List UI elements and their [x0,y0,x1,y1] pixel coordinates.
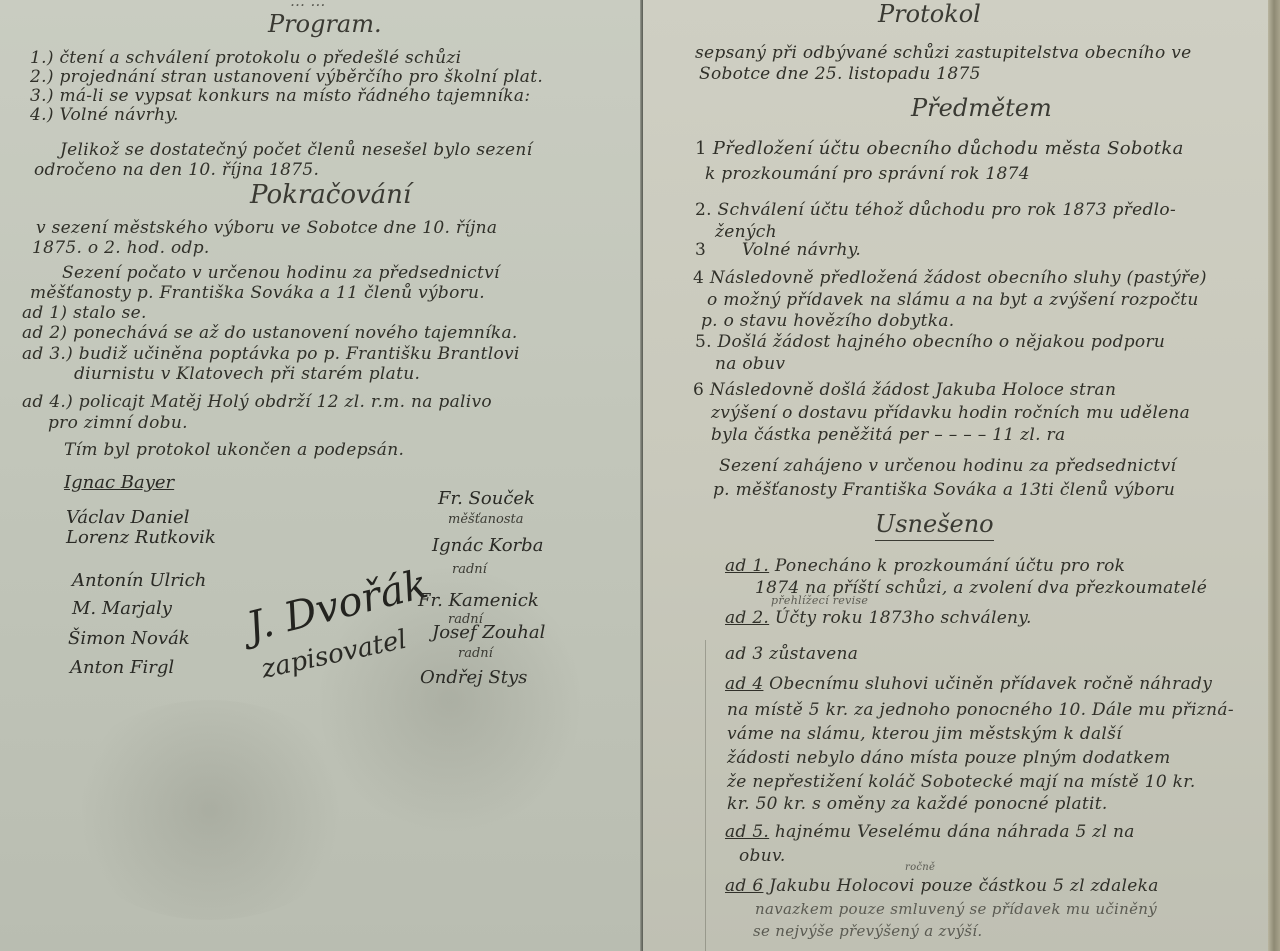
signature: Fr. Souček [438,488,535,509]
subject-item: 4 Následovně předložená žádost obecního … [693,268,1207,288]
resolution-text: zůstavena [769,644,858,664]
resolution-row: ad 2. Účty roku 1873ho schváleny. [725,608,1032,628]
resolution-row: ad 1) stalo se. [22,303,147,323]
program-item: 2.) projednání stran ustanovení výběrčíh… [30,67,543,87]
resolution-text: ponechává se až do ustanovení nového taj… [73,323,518,343]
resolution-label: ad 4.) [22,392,73,412]
signature-role: měšťanosta [448,512,524,527]
resolution-row: ad 6 Jakubu Holocovi pouze částkou 5 zl … [725,876,1159,896]
resolution-row: ad 4.) policajt Matěj Holý obdrží 12 zl.… [22,392,492,412]
subject-item: 2. Schválení účtu téhož důchodu pro rok … [695,200,1176,220]
resolution-text: stalo se. [73,303,147,323]
program-heading: Program. [268,10,382,38]
resolution-row: ad 4 Obecnímu sluhovi učiněn přídavek ro… [725,674,1212,694]
resolution-text-cont: se nejvýše převýšený a zvýší. [753,922,982,940]
resolution-text-cont: kr. 50 kr. s oměny za každé ponocné plat… [727,794,1108,814]
paper-stain [60,700,360,920]
opening-line: Sezení počato v určenou hodinu za předse… [62,263,500,283]
resolution-text-cont: obuv. [739,846,786,866]
signature: Lorenz Rutkovik [66,527,216,548]
signature: Ondřej Stys [420,667,527,688]
subject-item-cont: zvýšení o dostavu přídavku hodin ročních… [711,403,1190,423]
signature: Šimon Novák [68,628,190,649]
signature: Ignac Bayer [64,472,174,493]
interlinear-note: přehlížecí revise [771,594,868,607]
signature-role: radní [458,646,493,661]
resolution-row: ad 1. Ponecháno k prozkoumání účtu pro r… [725,556,1125,576]
resolution-label: ad 3 [725,644,763,664]
resolution-label: ad 6 [725,876,763,896]
subject-item: 5. Došlá žádost hajného obecního o nějak… [695,332,1165,352]
program-item: 1.) čtení a schválení protokolu o předeš… [30,48,461,68]
resolution-text: Ponecháno k prozkoumání účtu pro rok [775,556,1125,576]
adjourn-note-line: Jelikož se dostatečný počet členů neseše… [60,140,532,160]
subjects-heading: Předmětem [911,94,1052,122]
resolution-label: ad 2) [22,323,67,343]
resolution-text-cont: navazkem pouze smluvený se přídavek mu u… [755,900,1157,918]
subject-item-cont: byla částka peněžitá per – – – – 11 zl. … [711,425,1065,445]
continuation-intro-line: 1875. o 2. hod. odp. [32,238,210,258]
signature: Ignác Korba [432,535,543,556]
closing-line: Tím byl protokol ukončen a podepsán. [64,440,404,460]
resolution-row: ad 3 zůstavena [725,644,858,664]
signature: Václav Daniel [66,507,189,528]
signature: Fr. Kamenick [418,590,539,611]
subject-item-cont: na obuv [715,354,785,374]
resolution-text: Účty roku 1873ho schváleny. [775,608,1032,628]
resolution-text: policajt Matěj Holý obdrží 12 zl. r.m. n… [79,392,492,412]
subject-item: 1 Předložení účtu obecního důchodu města… [695,138,1184,159]
subject-item-cont: o možný přídavek na slámu a na byt a zvý… [707,290,1199,310]
program-item: 3.) má-li se vypsat konkurs na místo řád… [30,86,530,106]
resolution-label: ad 1. [725,556,769,576]
resolution-text: Jakubu Holocovi pouze částkou 5 zl zdale… [769,876,1158,896]
session-note-line: Sezení zahájeno v určenou hodinu za před… [719,456,1176,476]
resolution-text-cont: na místě 5 kr. za jednoho ponocného 10. … [727,700,1234,720]
protocol-intro-line: sepsaný při odbývané schůzi zastupitelst… [695,43,1192,63]
resolution-label: ad 4 [725,674,763,694]
resolution-text-cont: žádosti nebylo dáno místa pouze plným do… [727,748,1171,768]
resolution-text: Obecnímu sluhovi učiněn přídavek ročně n… [769,674,1212,694]
protocol-title: Protokol [878,0,981,28]
resolution-label: ad 2. [725,608,769,628]
session-note-line: p. měšťanosty Františka Sováka a 13ti čl… [713,480,1175,500]
resolution-row: ad 5. hajnému Veselému dána náhrada 5 zl… [725,822,1135,842]
opening-line: měšťanosty p. Františka Sováka a 11 člen… [30,283,485,303]
resolution-text: budiž učiněna poptávka po p. Františku B… [79,344,520,364]
subject-item-cont: žených [715,222,777,242]
resolution-text: hajnému Veselému dána náhrada 5 zl na [775,822,1135,842]
resolution-label: ad 1) [22,303,67,323]
signature: Josef Zouhal [432,622,545,643]
interlinear-note: ročně [905,862,935,873]
subject-item-cont: p. o stavu hovězího dobytka. [701,311,954,331]
continuation-heading: Pokračování [250,180,411,210]
resolved-heading: Usnešeno [875,510,994,541]
resolution-text-cont: že nepřestižení koláč Sobotecké mají na … [727,772,1196,792]
resolution-text-cont: váme na slámu, kterou jim městským k dal… [727,724,1122,744]
signature: Anton Firgl [70,657,174,678]
left-page: … … Program. 1.) čtení a schválení proto… [0,0,643,951]
subject-item-cont: k prozkoumání pro správní rok 1874 [705,164,1030,184]
resolution-text-cont: diurnistu v Klatovech při starém platu. [74,364,420,384]
signature-role: radní [452,562,487,577]
signature: Antonín Ulrich [72,570,206,591]
subject-item: 3 Volné návrhy. [695,240,861,260]
adjourn-note-line: odročeno na den 10. října 1875. [34,160,319,180]
resolution-label: ad 3.) [22,344,73,364]
resolution-row: ad 3.) budiž učiněna poptávka po p. Fran… [22,344,520,364]
resolution-text-cont: pro zimní dobu. [48,413,188,433]
program-item: 4.) Volné návrhy. [30,105,179,125]
subject-item: 6 Následovně došlá žádost Jakuba Holoce … [693,380,1116,400]
cut-off-line: … … [290,0,326,10]
resolution-label: ad 5. [725,822,769,842]
right-page: Protokol sepsaný při odbývané schůzi zas… [643,0,1280,951]
page-edge [1268,0,1280,951]
resolution-row: ad 2) ponechává se až do ustanovení nové… [22,323,518,343]
signature: M. Marjaly [72,598,172,619]
protocol-intro-line: Sobotce dne 25. listopadu 1875 [699,64,981,84]
open-minute-book: … … Program. 1.) čtení a schválení proto… [0,0,1280,951]
continuation-intro-line: v sezení městského výboru ve Sobotce dne… [36,218,497,238]
